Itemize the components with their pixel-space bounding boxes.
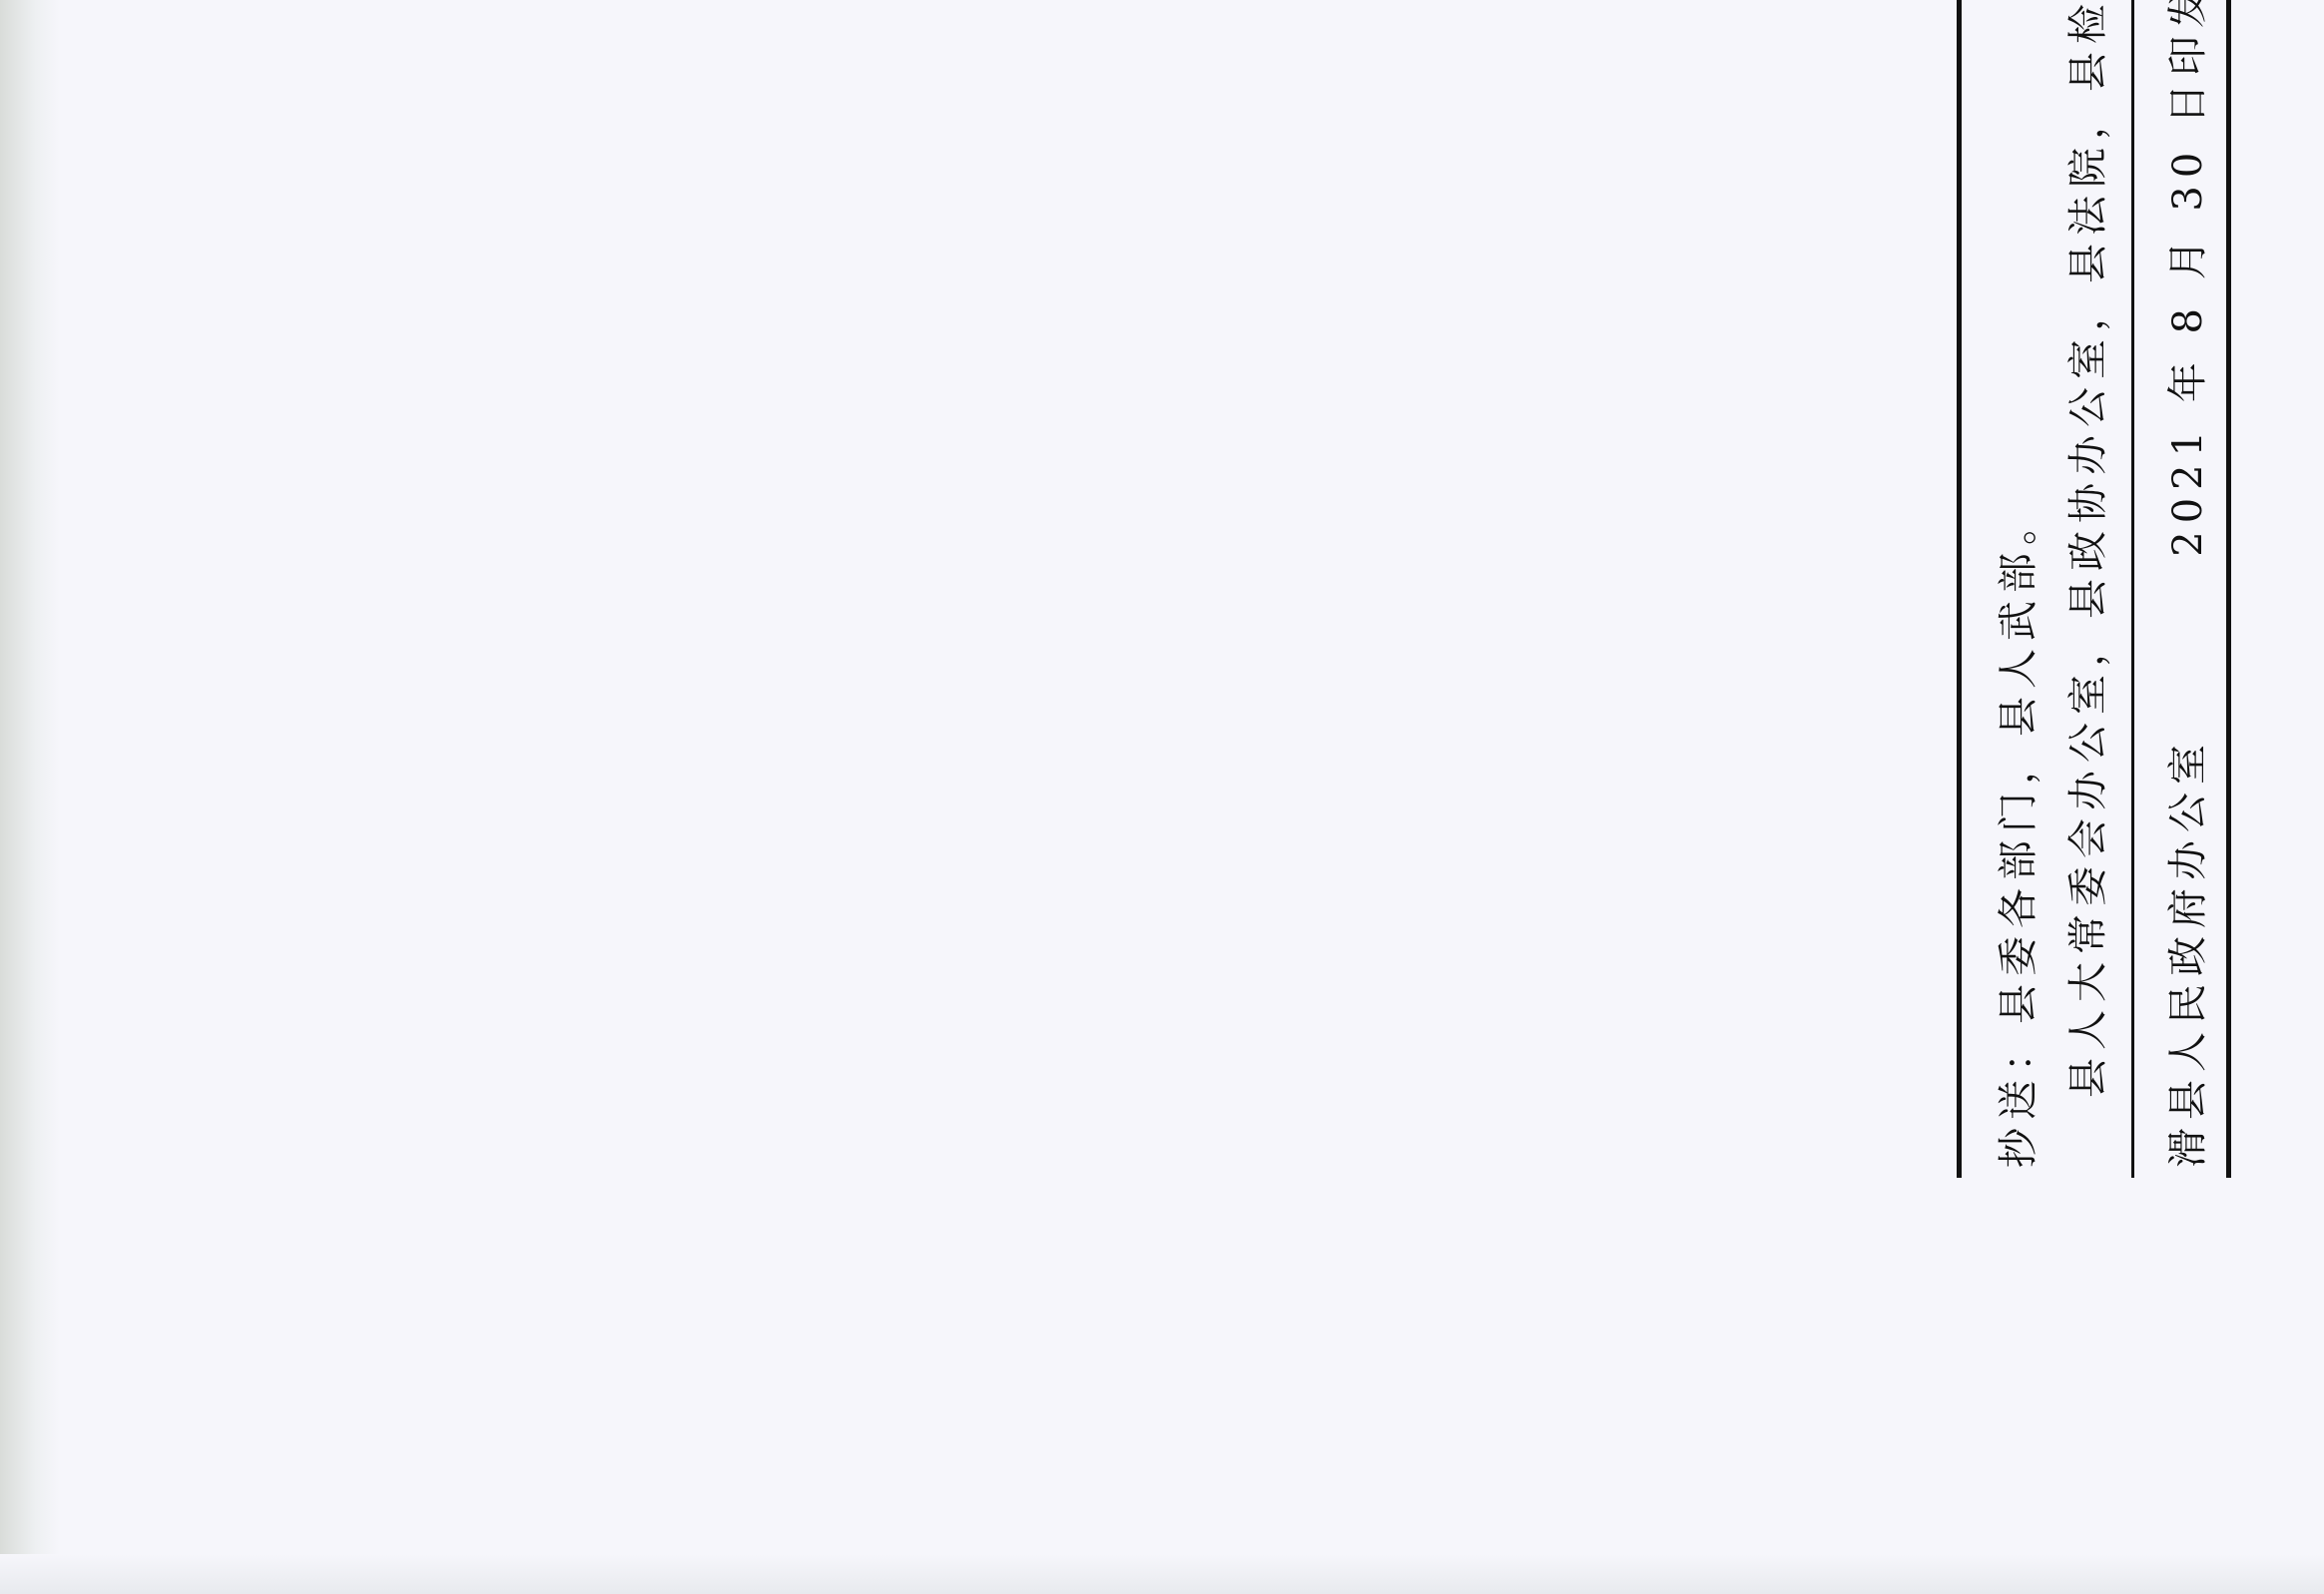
scan-edge [0, 0, 60, 1594]
top-rule [1957, 0, 1962, 1178]
cc-line-1: 抄送：县委各部门，县人武部。 [1987, 497, 2043, 1168]
middle-rule [2131, 0, 2134, 1178]
issuer: 滑县人民政府办公室 [2156, 737, 2213, 1168]
issue-date: 2021 年 8 月 30 日印发 [2156, 0, 2213, 557]
document-footer-block: 抄送：县委各部门，县人武部。 县人大常委会办公室，县政协办公室，县法院，县检察院… [1957, 0, 2276, 1178]
bottom-rule [2226, 0, 2231, 1178]
scan-edge-bottom [0, 1554, 2324, 1594]
cc-label: 抄送： [1996, 1024, 2041, 1168]
cc-line-2: 县人大常委会办公室，县政协办公室，县法院，县检察院。 [2056, 0, 2113, 1098]
